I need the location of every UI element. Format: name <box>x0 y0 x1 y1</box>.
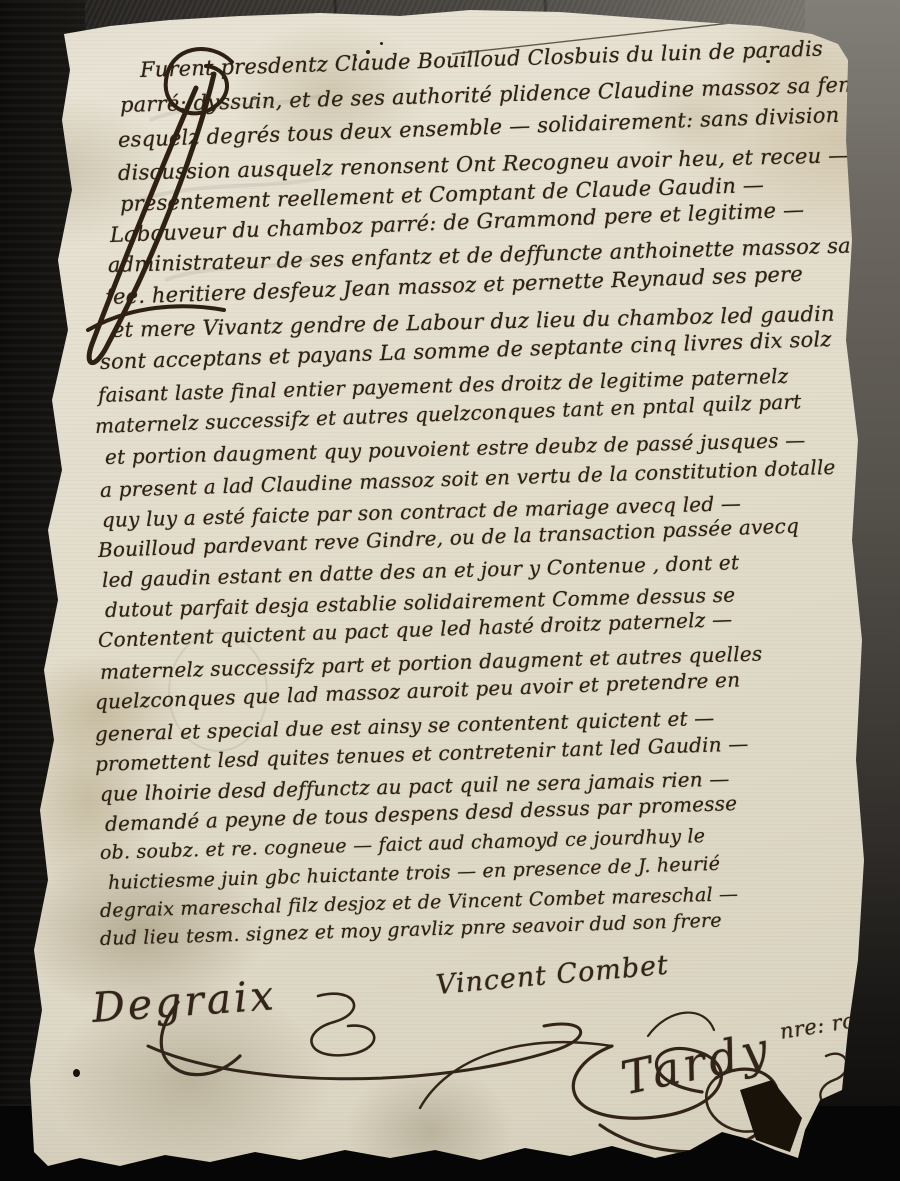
signature-tardy: Tardy <box>616 1021 776 1105</box>
manuscript-paper: Furent presdentz Claude Bouilloud Closbu… <box>0 0 900 1181</box>
signature-vincent-combet: Vincent Combet <box>435 950 670 1001</box>
ink-speck <box>380 42 383 45</box>
paper-hole <box>73 1069 80 1077</box>
signature-degraix: Degraix <box>90 971 278 1032</box>
photo-canvas: Furent presdentz Claude Bouilloud Closbu… <box>0 0 900 1181</box>
manuscript-line: Furent presdentz Claude Bouilloud Closbu… <box>140 37 824 82</box>
